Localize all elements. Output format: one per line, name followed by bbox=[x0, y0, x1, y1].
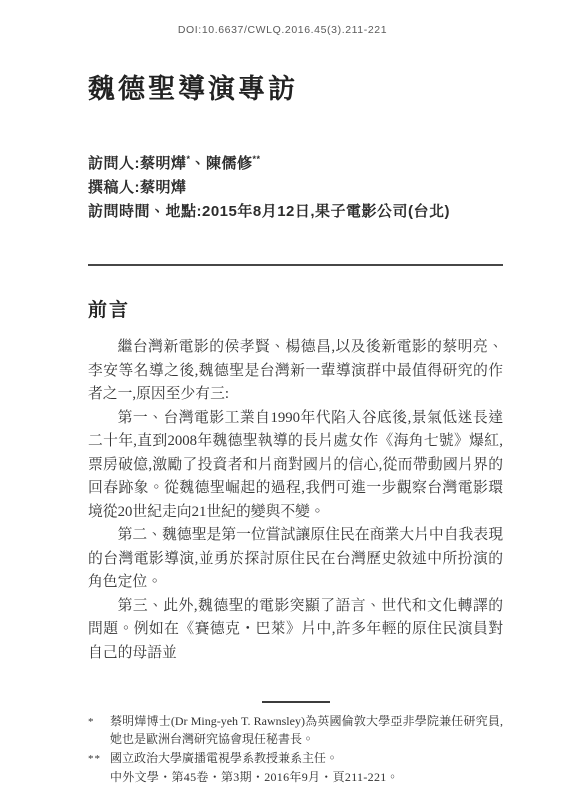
interviewer-names: 訪問人:蔡明燁 bbox=[88, 155, 187, 172]
doi-label: DOI:10.6637/CWLQ.2016.45(3).211-221 bbox=[0, 0, 565, 36]
footnote-1: * 蔡明燁博士(Dr Ming-yeh T. Rawnsley)為英國倫敦大學亞… bbox=[88, 712, 503, 749]
footnote-2-marker: ** bbox=[88, 749, 110, 769]
footnote-2-text: 國立政治大學廣播電視學系教授兼系主任。 bbox=[110, 749, 503, 768]
interviewer-line: 訪問人:蔡明燁*、陳儒修** bbox=[88, 152, 503, 176]
paragraph-reason-3: 第三、此外,魏德聖的電影突顯了語言、世代和文化轉譯的問題。例如在《賽德克・巴萊》… bbox=[88, 595, 503, 666]
interview-meta-block: 訪問人:蔡明燁*、陳儒修** 撰稿人:蔡明燁 訪問時間、地點:2015年8月12… bbox=[88, 152, 503, 224]
header-divider bbox=[88, 264, 503, 266]
journal-citation-line: 中外文學・第45卷・第3期・2016年9月・頁211-221。 bbox=[110, 768, 503, 787]
page-content: 魏德聖導演專訪 訪問人:蔡明燁*、陳儒修** 撰稿人:蔡明燁 訪問時間、地點:2… bbox=[88, 74, 503, 787]
footnote-1-text: 蔡明燁博士(Dr Ming-yeh T. Rawnsley)為英國倫敦大學亞非學… bbox=[110, 712, 503, 749]
interviewer-names-2: 、陳儒修 bbox=[191, 155, 253, 172]
paragraph-reason-1: 第一、台灣電影工業自1990年代陷入谷底後,景氣低迷長達二十年,直到2008年魏… bbox=[88, 407, 503, 525]
section-heading-preface: 前言 bbox=[88, 300, 503, 321]
time-place-line: 訪問時間、地點:2015年8月12日,果子電影公司(台北) bbox=[88, 200, 503, 224]
body-text: 繼台灣新電影的侯孝賢、楊德昌,以及後新電影的蔡明亮、李安等名導之後,魏德聖是台灣… bbox=[88, 336, 503, 665]
footnote-divider bbox=[262, 701, 330, 703]
writer-line: 撰稿人:蔡明燁 bbox=[88, 176, 503, 200]
article-title: 魏德聖導演專訪 bbox=[88, 74, 503, 104]
paragraph-reason-2: 第二、魏德聖是第一位嘗試讓原住民在商業大片中自我表現的台灣電影導演,並勇於探討原… bbox=[88, 524, 503, 595]
footnotes-block: * 蔡明燁博士(Dr Ming-yeh T. Rawnsley)為英國倫敦大學亞… bbox=[88, 712, 503, 787]
footnote-1-marker: * bbox=[88, 712, 110, 732]
footnote-2: ** 國立政治大學廣播電視學系教授兼系主任。 bbox=[88, 749, 503, 769]
paragraph-intro: 繼台灣新電影的侯孝賢、楊德昌,以及後新電影的蔡明亮、李安等名導之後,魏德聖是台灣… bbox=[88, 336, 503, 407]
footnote-ref-2: ** bbox=[253, 154, 261, 164]
journal-article-page: DOI:10.6637/CWLQ.2016.45(3).211-221 魏德聖導… bbox=[0, 0, 565, 812]
